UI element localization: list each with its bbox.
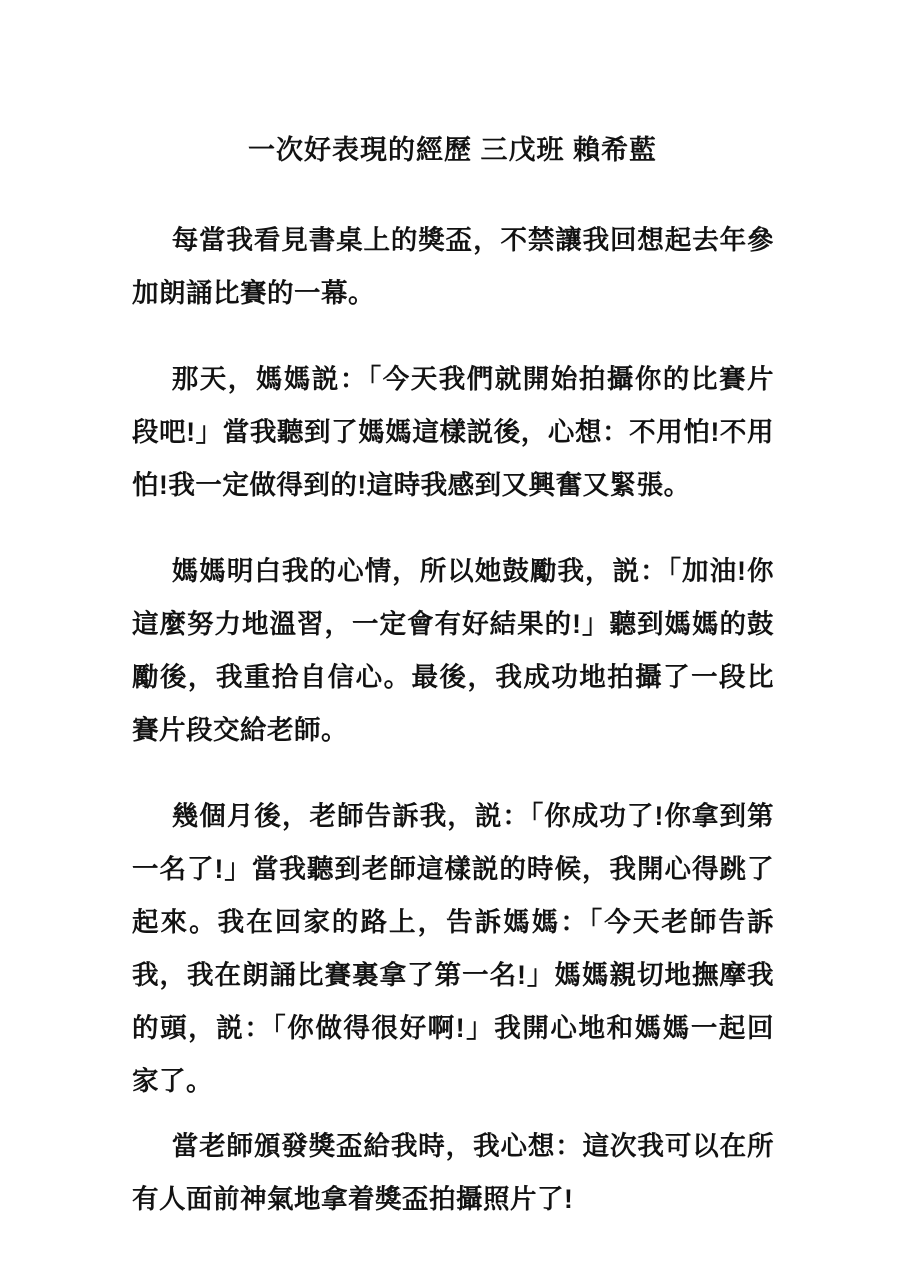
- paragraph-2: 那天，媽媽説：「今天我們就開始拍攝你的比賽片段吧!」當我聽到了媽媽這樣説後，心想…: [132, 353, 774, 512]
- paragraph-4: 幾個月後，老師告訴我，説：「你成功了!你拿到第一名了!」當我聽到老師這樣説的時候…: [132, 790, 774, 1108]
- essay-title: 一次好表現的經歷 三戊班 賴希藍: [0, 130, 905, 170]
- paragraph-3: 媽媽明白我的心情，所以她鼓勵我，説：「加油!你這麼努力地溫習，一定會有好結果的!…: [132, 545, 774, 757]
- paragraph-1: 每當我看見書桌上的獎盃，不禁讓我回想起去年參加朗誦比賽的一幕。: [132, 214, 774, 320]
- document-page: 一次好表現的經歷 三戊班 賴希藍 每當我看見書桌上的獎盃，不禁讓我回想起去年參加…: [0, 0, 905, 1280]
- essay-body: 每當我看見書桌上的獎盃，不禁讓我回想起去年參加朗誦比賽的一幕。 那天，媽媽説：「…: [0, 214, 905, 1226]
- paragraph-5: 當老師頒發獎盃給我時，我心想：這次我可以在所有人面前神氣地拿着獎盃拍攝照片了!: [132, 1120, 774, 1226]
